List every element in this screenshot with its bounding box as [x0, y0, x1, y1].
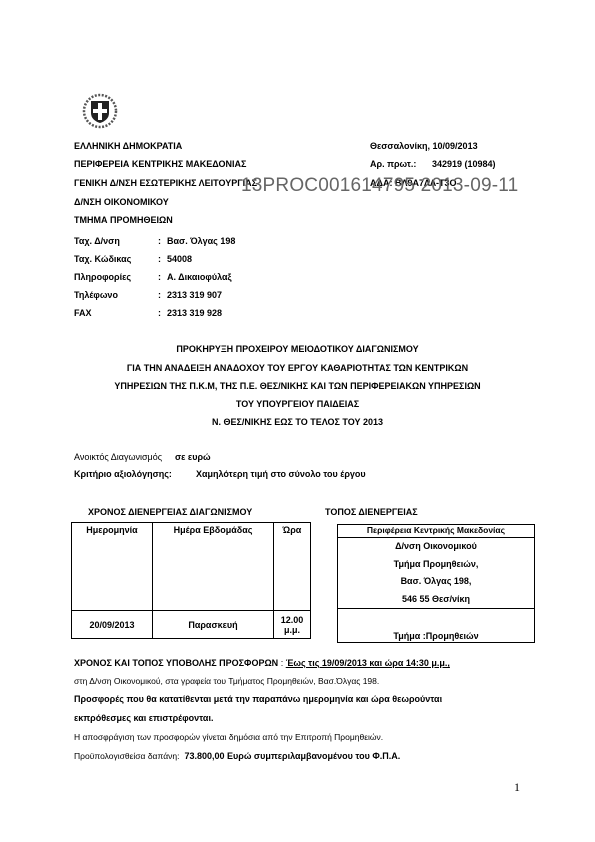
contact-sep: : — [158, 254, 161, 264]
budget-value: 73.800,00 Ευρώ συμπεριλαμβανομένου του Φ… — [184, 751, 400, 761]
protocol-value: 342919 (10984) — [432, 159, 496, 169]
watermark-stamp: 13PROC001614795 2013-09-11 — [241, 175, 518, 197]
page-number: 1 — [514, 780, 520, 795]
place-header: Περιφέρεια Κεντρικής Μακεδονίας — [338, 525, 535, 538]
submission-sep: : — [281, 658, 284, 668]
submission-line: ΧΡΟΝΟΣ ΚΑΙ ΤΟΠΟΣ ΥΠΟΒΟΛΗΣ ΠΡΟΣΦΟΡΩΝ : Έω… — [74, 658, 450, 668]
time-cell-date: 20/09/2013 — [72, 611, 153, 639]
contact-value: Α. Δικαιοφύλαξ — [167, 272, 232, 282]
submission-deadline: Έως τις 19/09/2013 και ώρα 14:30 μ.μ., — [286, 658, 450, 668]
opening-text: Η αποσφράγιση των προσφορών γίνεται δημό… — [74, 732, 383, 742]
contact-sep: : — [158, 236, 161, 246]
budget-line: Προϋπολογισθείσα δαπάνη: 73.800,00 Ευρώ … — [74, 751, 400, 761]
tender-type-label: Ανοικτός Διαγωνισμός — [74, 452, 162, 462]
contact-sep: : — [158, 272, 161, 282]
time-table: Ημερομηνία Ημέρα Εβδομάδας Ώρα 20/09/201… — [71, 522, 311, 639]
time-header-hour: Ώρα — [274, 523, 311, 611]
place-table: Περιφέρεια Κεντρικής Μακεδονίας Δ/νση Οι… — [337, 524, 535, 643]
contact-label: Τηλέφωνο — [74, 290, 118, 300]
greek-emblem-icon — [82, 93, 118, 129]
time-table-heading: ΧΡΟΝΟΣ ΔΙΕΝΕΡΓΕΙΑΣ ΔΙΑΓΩΝΙΣΜΟΥ — [88, 507, 252, 517]
address-line: Βασ. Όλγας 198, — [340, 573, 532, 591]
contact-sep: : — [158, 308, 161, 318]
header-line-2: ΠΕΡΙΦΕΡΕΙΑ ΚΕΝΤΡΙΚΗΣ ΜΑΚΕΔΟΝΙΑΣ — [74, 159, 246, 169]
place-footer: Τμήμα :Προμηθειών — [338, 609, 535, 643]
contact-label: FAX — [74, 308, 92, 318]
contact-label: Ταχ. Κώδικας — [74, 254, 131, 264]
contact-label: Πληροφορίες — [74, 272, 131, 282]
address-line: 546 55 Θεσ/νίκη — [340, 591, 532, 609]
title-line-2: ΓΙΑ ΤΗΝ ΑΝΑΔΕΙΞΗ ΑΝΑΔΟΧΟΥ ΤΟΥ ΕΡΓΟΥ ΚΑΘΑ… — [0, 363, 595, 373]
place-date: Θεσσαλονίκη, 10/09/2013 — [370, 141, 478, 151]
criterion-value: Χαμηλότερη τιμή στο σύνολο του έργου — [196, 469, 366, 479]
submission-location: στη Δ/νση Οικονομικού, στα γραφεία του Τ… — [74, 676, 379, 686]
criterion-label: Κριτήριο αξιολόγησης: — [74, 469, 172, 479]
contact-value: 54008 — [167, 254, 192, 264]
contact-value: Βασ. Όλγας 198 — [167, 236, 235, 246]
contact-sep: : — [158, 290, 161, 300]
title-line-4: ΤΟΥ ΥΠΟΥΡΓΕΙΟΥ ΠΑΙΔΕΙΑΣ — [0, 399, 595, 409]
title-line-1: ΠΡΟΚΗΡΥΞΗ ΠΡΟΧΕΙΡΟΥ ΜΕΙΟΔΟΤΙΚΟΥ ΔΙΑΓΩΝΙΣ… — [0, 344, 595, 354]
header-line-1: ΕΛΛΗΝΙΚΗ ΔΗΜΟΚΡΑΤΙΑ — [74, 141, 182, 151]
title-line-3: ΥΠΗΡΕΣΙΩΝ ΤΗΣ Π.Κ.Μ, ΤΗΣ Π.Ε. ΘΕΣ/ΝΙΚΗΣ … — [0, 381, 595, 391]
time-cell-hour: 12.00 μ.μ. — [274, 611, 311, 639]
contact-value: 2313 319 907 — [167, 290, 222, 300]
address-line: Δ/νση Οικονομικού — [340, 538, 532, 556]
contact-value: 2313 319 928 — [167, 308, 222, 318]
address-line: Τμήμα Προμηθειών, — [340, 556, 532, 574]
contact-label: Ταχ. Δ/νση — [74, 236, 120, 246]
place-table-heading: ΤΟΠΟΣ ΔΙΕΝΕΡΓΕΙΑΣ — [325, 507, 418, 517]
title-line-5: Ν. ΘΕΣ/ΝΙΚΗΣ ΕΩΣ ΤΟ ΤΕΛΟΣ ΤΟΥ 2013 — [0, 417, 595, 427]
header-line-5: ΤΜΗΜΑ ΠΡΟΜΗΘΕΙΩΝ — [74, 215, 173, 225]
time-cell-day: Παρασκευή — [153, 611, 274, 639]
place-address: Δ/νση Οικονομικού Τμήμα Προμηθειών, Βασ.… — [338, 538, 535, 609]
header-line-3: ΓΕΝΙΚΗ Δ/ΝΣΗ ΕΣΩΤΕΡΙΚΗΣ ΛΕΙΤΟΥΡΓΙΑΣ — [74, 178, 257, 188]
time-header-day: Ημέρα Εβδομάδας — [153, 523, 274, 611]
tender-type-value: σε ευρώ — [175, 452, 211, 462]
header-line-4: Δ/ΝΣΗ ΟΙΚΟΝΟΜΙΚΟΥ — [74, 197, 169, 207]
budget-label: Προϋπολογισθείσα δαπάνη: — [74, 751, 179, 761]
late-offers-line-1: Προσφορές που θα κατατίθενται μετά την π… — [74, 694, 442, 704]
time-header-date: Ημερομηνία — [72, 523, 153, 611]
submission-label: ΧΡΟΝΟΣ ΚΑΙ ΤΟΠΟΣ ΥΠΟΒΟΛΗΣ ΠΡΟΣΦΟΡΩΝ — [74, 658, 278, 668]
late-offers-line-2: εκπρόθεσμες και επιστρέφονται. — [74, 713, 213, 723]
protocol-label: Αρ. πρωτ.: — [370, 159, 416, 169]
